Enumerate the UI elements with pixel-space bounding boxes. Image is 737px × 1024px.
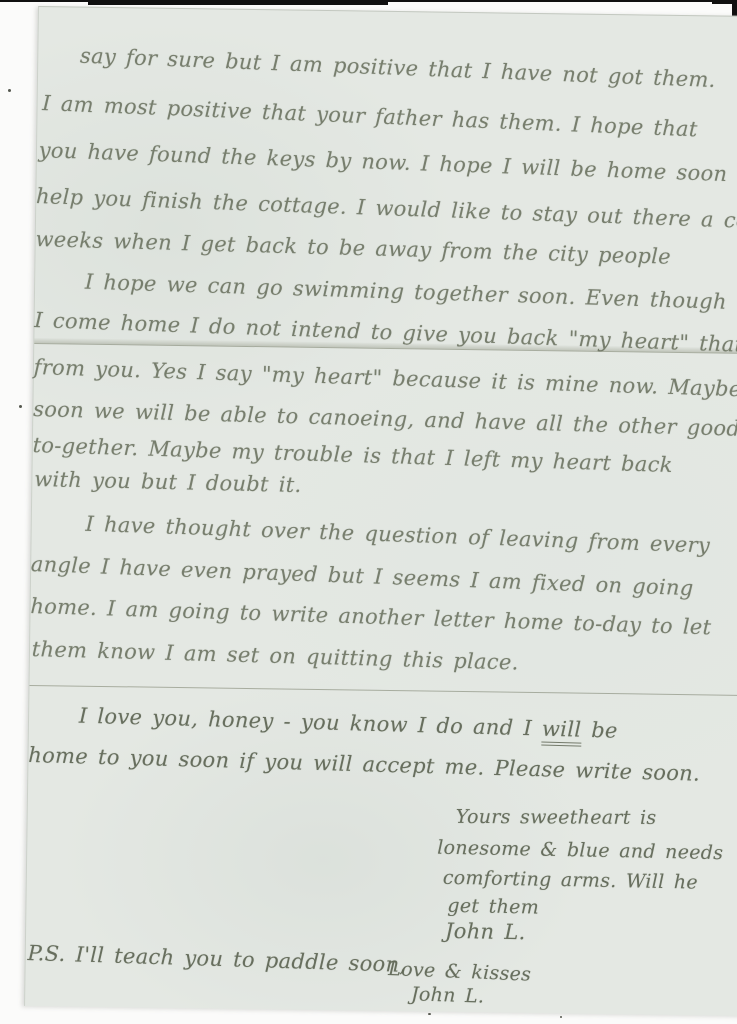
signoff-line: Yours sweetheart is xyxy=(456,806,657,829)
postscript-signature: John L. xyxy=(411,983,485,1007)
letter-line: I have thought over the question of leav… xyxy=(85,512,710,558)
letter-line: I hope we can go swimming together soon.… xyxy=(85,270,728,314)
letter-line: you have found the keys by now. I hope I… xyxy=(38,138,737,187)
signoff-line: comforting arms. Will he xyxy=(443,867,699,894)
letter-line-emphasized: I love you, honey - you know I do and I … xyxy=(79,704,618,743)
letter-line: angle I have even prayed but I seems I a… xyxy=(30,552,693,600)
letter-line: with you but I doubt it. xyxy=(34,467,302,497)
fold-crease-lower xyxy=(30,685,737,696)
letter-line: them know I am set on quitting this plac… xyxy=(32,637,519,675)
letter-line: I am most positive that your father has … xyxy=(42,91,698,141)
letter-line: help you finish the cottage. I would lik… xyxy=(36,184,737,235)
letter-line: home. I am going to write another letter… xyxy=(30,594,712,639)
letter-line: home to you soon if you will accept me. … xyxy=(28,743,700,786)
postscript-line: P.S. I'll teach you to paddle soon, xyxy=(27,941,407,977)
postscript-closing: Love & kisses xyxy=(388,958,532,986)
letter-line: from you. Yes I say "my heart" because i… xyxy=(33,355,737,401)
love-line-pre: I love you, honey - you know I do and I xyxy=(79,704,543,741)
letter-paper: say for sure but I am positive that I ha… xyxy=(24,6,737,1016)
letter-line: say for sure but I am positive that I ha… xyxy=(80,44,717,92)
scanned-letter-page: say for sure but I am positive that I ha… xyxy=(0,0,737,1024)
letter-line: weeks when I get back to be away from th… xyxy=(35,227,671,269)
dust-speck xyxy=(428,1013,431,1015)
scanner-edge-top-thick xyxy=(88,0,388,5)
letter-line: I come home I do not intend to give you … xyxy=(34,308,737,359)
dust-speck xyxy=(560,1016,562,1018)
love-line-will-underlined: will xyxy=(542,717,582,747)
signature: John L. xyxy=(445,919,526,945)
signoff-line: get them xyxy=(447,895,539,919)
dust-speck xyxy=(19,405,22,408)
love-line-post: be xyxy=(581,718,618,743)
signoff-line: lonesome & blue and needs xyxy=(437,837,723,864)
dust-speck xyxy=(8,89,11,92)
